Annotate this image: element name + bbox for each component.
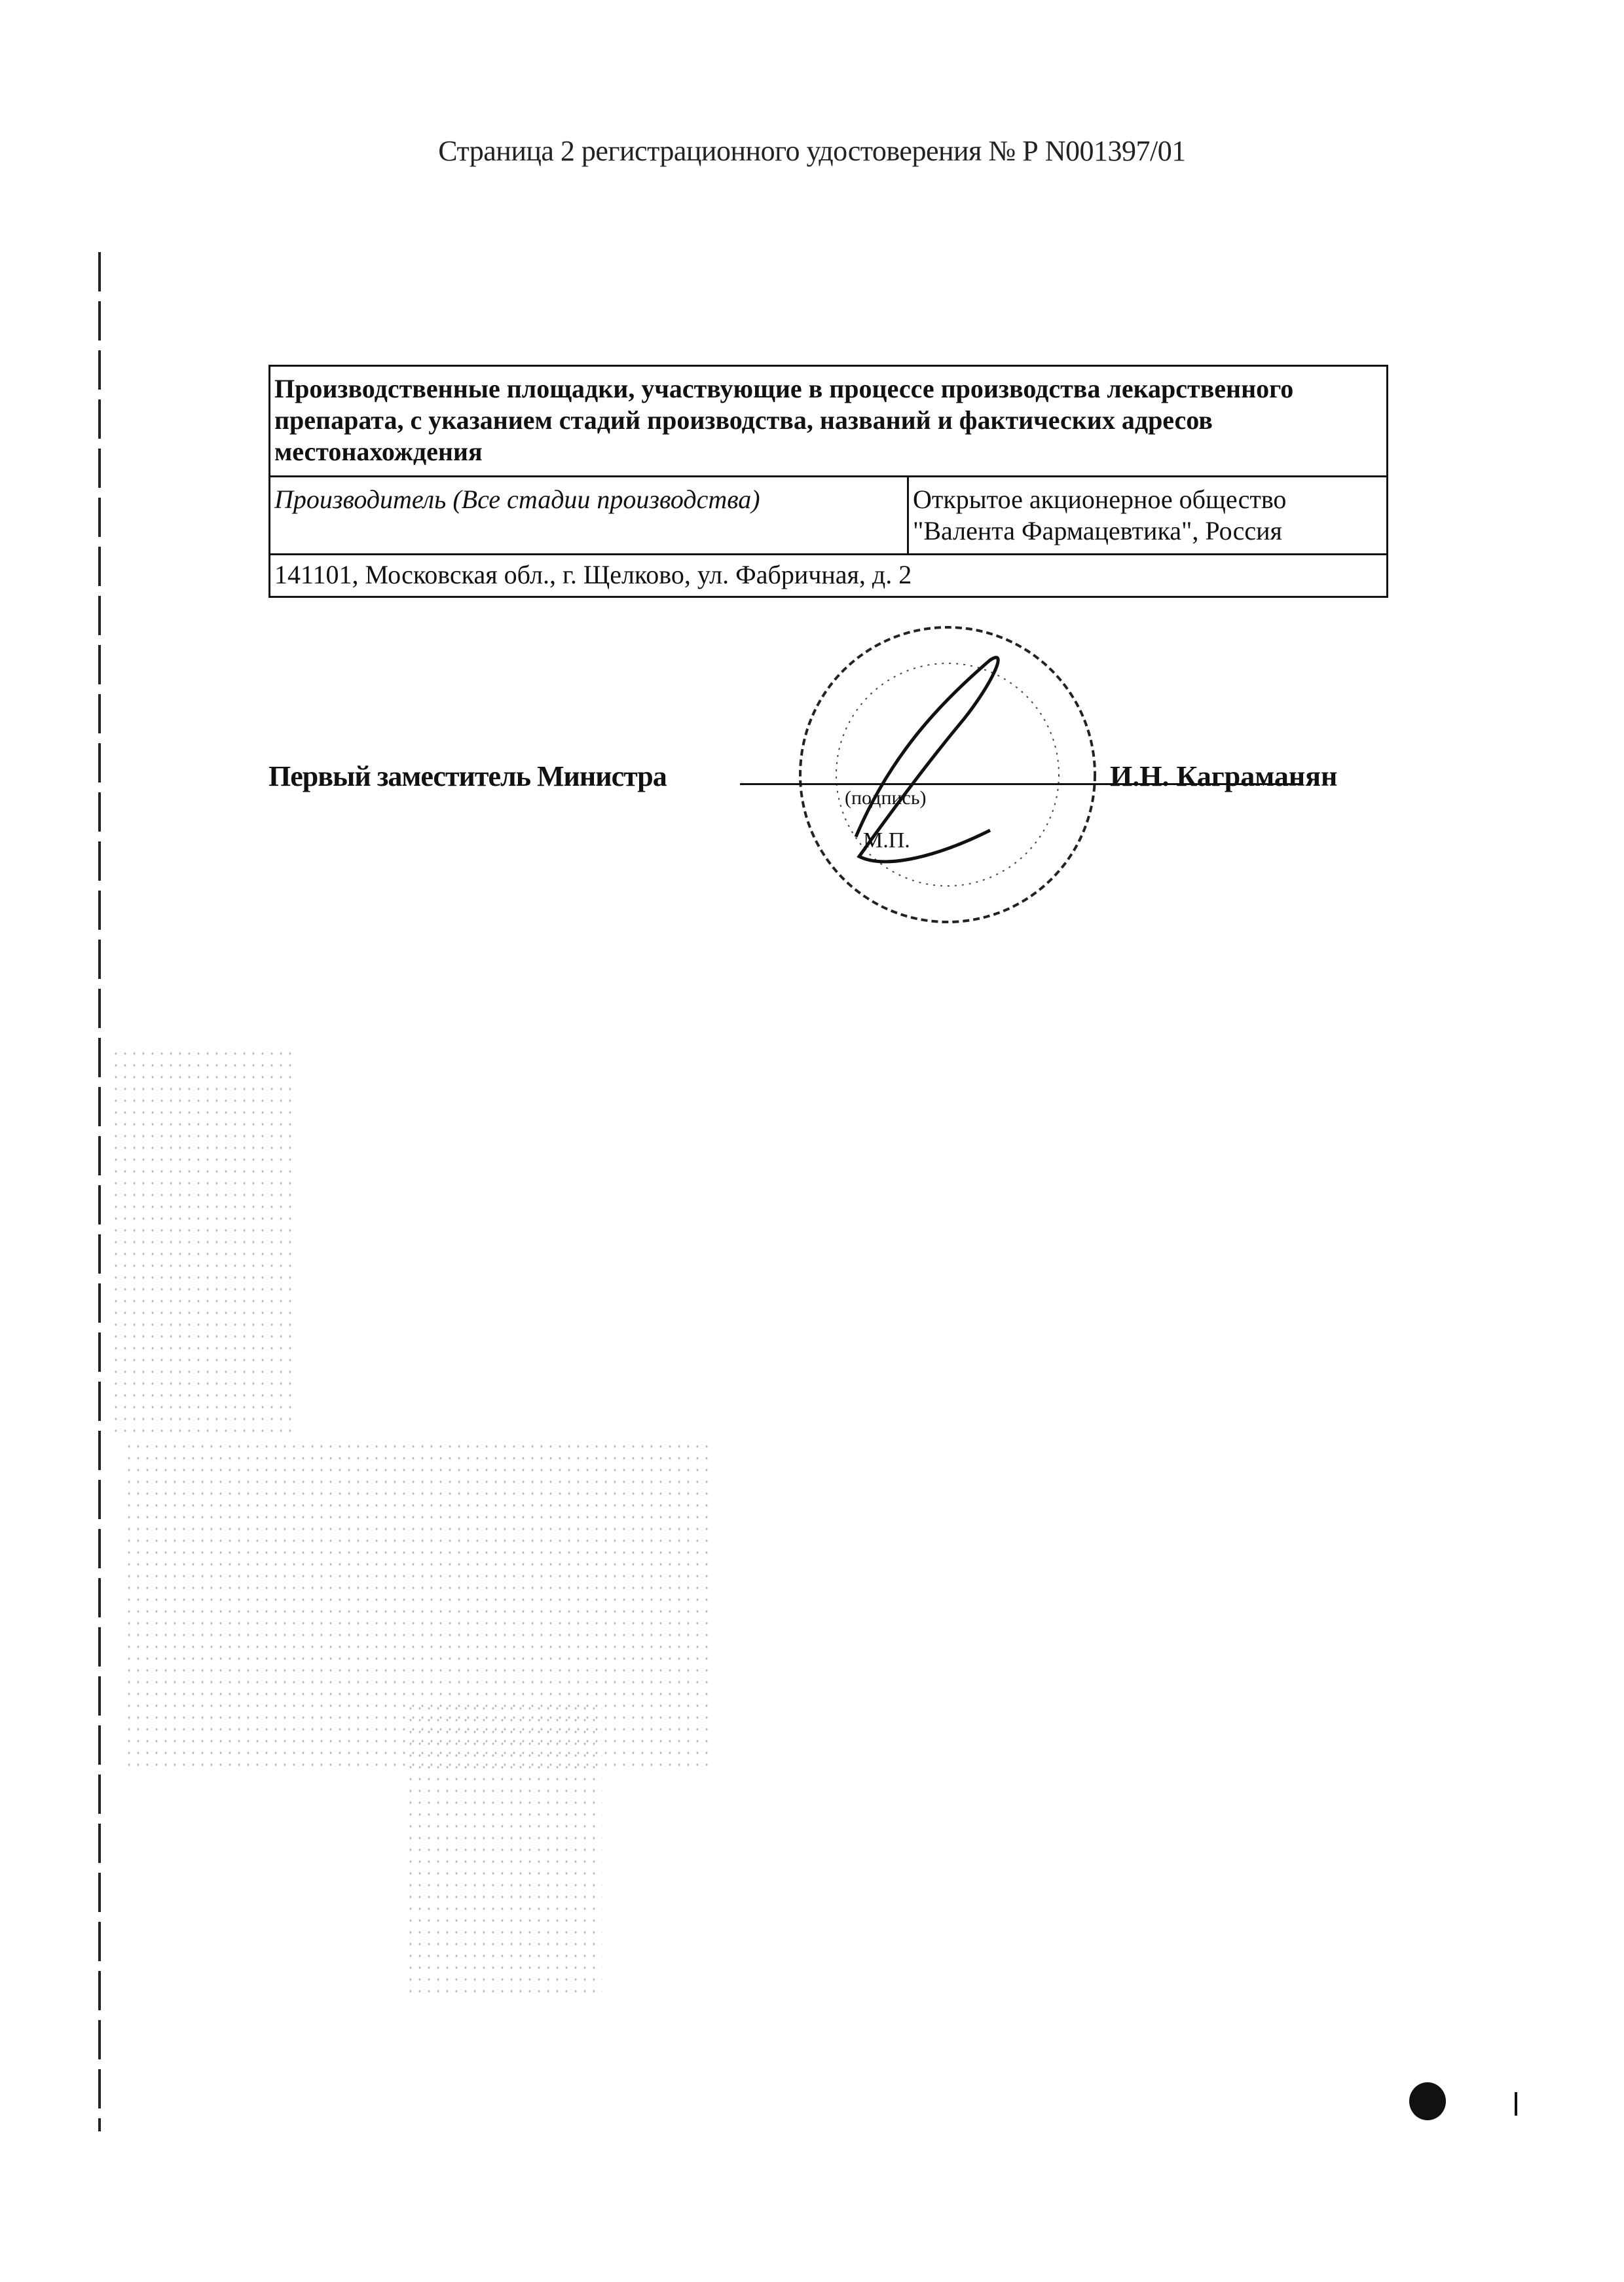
scan-noise: [406, 1702, 602, 1997]
seal-caption: М.П.: [863, 828, 910, 853]
signatory-title: Первый заместитель Министра: [268, 760, 667, 793]
manufacturer-address: 141101, Московская обл., г. Щелково, ул.…: [270, 555, 1388, 597]
hole-punch-mark: [1409, 2082, 1446, 2120]
manufacturer-organization: Открытое акционерное общество "Валента Ф…: [908, 477, 1388, 555]
manufacturing-sites-table: Производственные площадки, участвующие в…: [268, 365, 1388, 598]
scan-edge-mark: [1515, 2092, 1517, 2116]
scan-noise: [111, 1048, 295, 1441]
signatory-name: И.Н. Каграманян: [1110, 760, 1337, 793]
table-row: Производитель (Все стадии производства) …: [270, 477, 1388, 555]
table-heading: Производственные площадки, участвующие в…: [270, 366, 1388, 477]
page-header: Страница 2 регистрационного удостоверени…: [0, 134, 1624, 168]
signature-caption: (подпись): [845, 787, 927, 809]
manufacturer-role: Производитель (Все стадии производства): [270, 477, 908, 555]
scan-margin-line: [98, 252, 101, 2131]
